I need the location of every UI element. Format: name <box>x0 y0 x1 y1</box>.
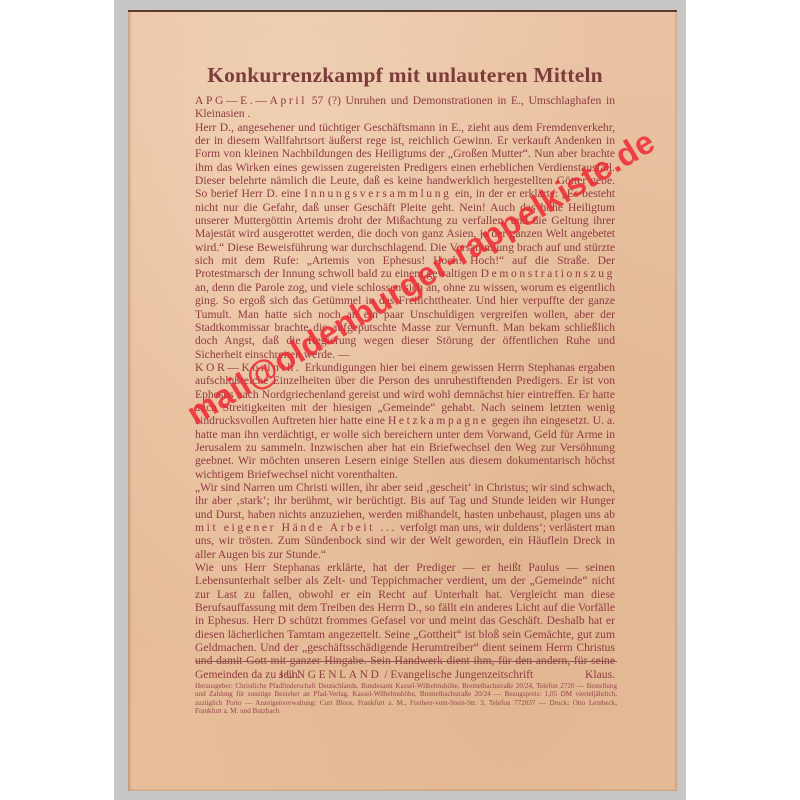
article-title: Konkurrenzkampf mit unlauteren Mitteln <box>195 62 615 88</box>
magazine-name: JUNGENLAND <box>279 669 382 681</box>
imprint-text: Herausgeber: Christliche Pfadfinderschaf… <box>195 682 617 715</box>
magazine-masthead: JUNGENLAND / Evangelische Jungenzeitschr… <box>195 668 617 682</box>
paragraph-ephesus-report: APG—E.—April 57 (?) Unruhen und Demonstr… <box>195 94 615 121</box>
magazine-subtitle: / Evangelische Jungenzeitschrift <box>381 669 533 681</box>
paragraph-conclusion: Wie uns Herr Stephanas erklärte, hat der… <box>195 561 615 681</box>
footer-divider <box>195 661 617 662</box>
dateline-apg: APG—E.—April <box>195 94 307 107</box>
article-body: APG—E.—April 57 (?) Unruhen und Demonstr… <box>195 94 615 681</box>
paragraph-herr-d: Herr D., angesehener und tüchtiger Gesch… <box>195 121 615 361</box>
article: Konkurrenzkampf mit unlauteren Mitteln A… <box>195 62 615 681</box>
imprint-footer: JUNGENLAND / Evangelische Jungenzeitschr… <box>195 668 617 715</box>
paragraph-letter-quote: „Wir sind Narren um Christi willen, ihr … <box>195 481 615 561</box>
paragraph-korinth-report: KOR—Korinth. Erkundigungen hier bei eine… <box>195 361 615 481</box>
dateline-kor: KOR—Korinth. <box>195 361 301 374</box>
